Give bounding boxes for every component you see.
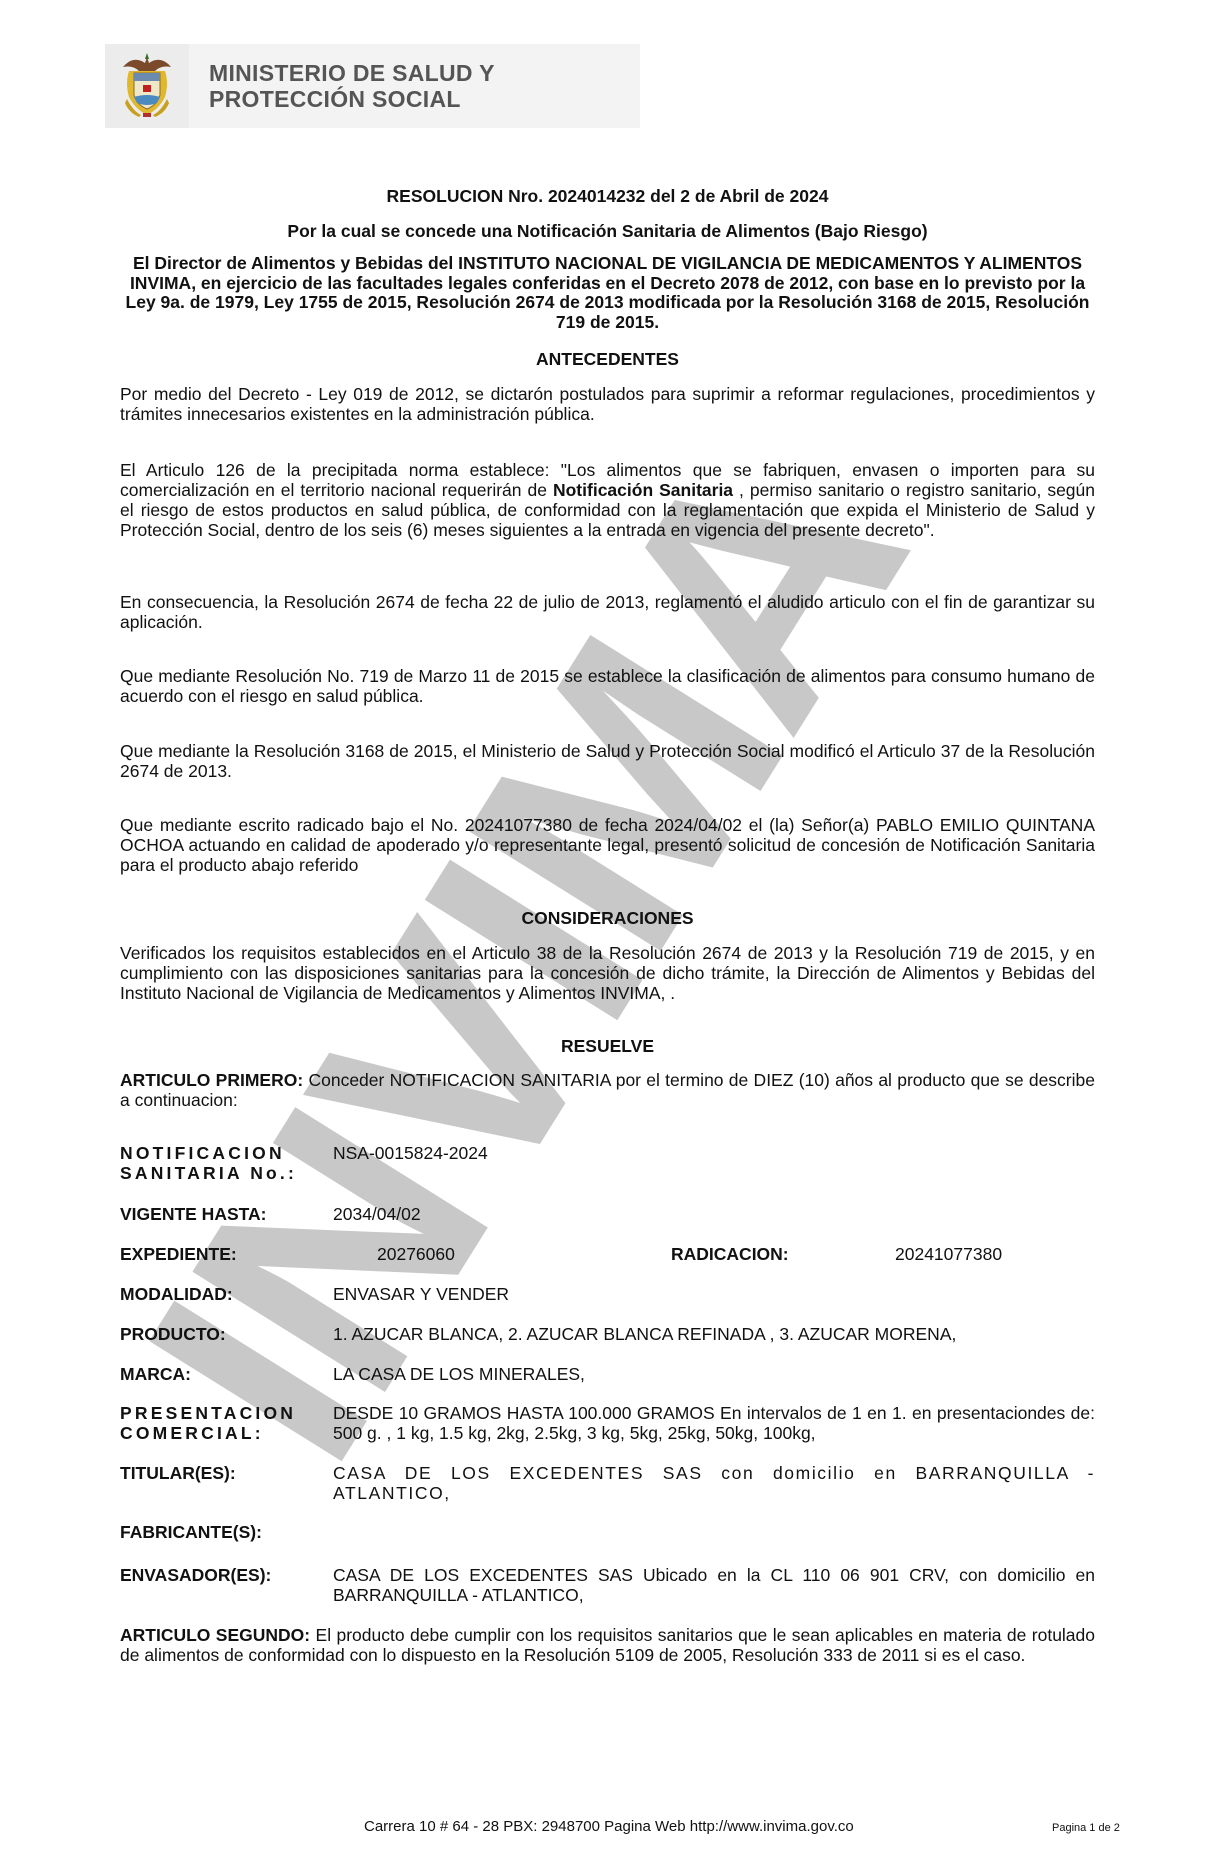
field-label: TITULAR(ES):: [120, 1463, 236, 1483]
field-label-radicacion: RADICACION:: [671, 1244, 789, 1264]
field-label: PRESENTACION COMERCIAL:: [120, 1403, 320, 1443]
field-label: PRODUCTO:: [120, 1324, 226, 1344]
ministry-name-line2: PROTECCIÓN SOCIAL: [209, 86, 495, 112]
field-value: 1. AZUCAR BLANCA, 2. AZUCAR BLANCA REFIN…: [333, 1324, 1095, 1344]
field-value: NSA-0015824-2024: [333, 1143, 1095, 1163]
field-label: FABRICANTE(S):: [120, 1522, 262, 1542]
articulo-primero: ARTICULO PRIMERO: Conceder NOTIFICACION …: [120, 1070, 1095, 1110]
resolution-subtitle: Por la cual se concede una Notificación …: [120, 221, 1095, 242]
antecedentes-paragraph-2: El Articulo 126 de la precipitada norma …: [120, 460, 1095, 540]
field-value: LA CASA DE LOS MINERALES,: [333, 1364, 1095, 1384]
p2-bold-term: Notificación Sanitaria: [553, 480, 733, 500]
field-label: NOTIFICACION SANITARIA No.:: [120, 1143, 320, 1183]
consideraciones-paragraph: Verificados los requisitos establecidos …: [120, 943, 1095, 1003]
field-value: CASA DE LOS EXCEDENTES SAS con domicilio…: [333, 1463, 1095, 1503]
antecedentes-paragraph-6: Que mediante escrito radicado bajo el No…: [120, 815, 1095, 875]
field-value: 2034/04/02: [333, 1204, 1095, 1224]
field-label: EXPEDIENTE:: [120, 1244, 237, 1264]
field-label: VIGENTE HASTA:: [120, 1204, 267, 1224]
articulo-segundo: ARTICULO SEGUNDO: El producto debe cumpl…: [120, 1625, 1095, 1665]
resolution-intro: El Director de Alimentos y Bebidas del I…: [120, 254, 1095, 332]
field-value: DESDE 10 GRAMOS HASTA 100.000 GRAMOS En …: [333, 1403, 1095, 1443]
articulo-segundo-label: ARTICULO SEGUNDO:: [120, 1625, 310, 1645]
page-number: Pagina 1 de 2: [1052, 1822, 1120, 1834]
resuelve-heading: RESUELVE: [120, 1036, 1095, 1057]
ministry-header: MINISTERIO DE SALUD Y PROTECCIÓN SOCIAL: [105, 44, 640, 128]
field-value: CASA DE LOS EXCEDENTES SAS Ubicado en la…: [333, 1565, 1095, 1605]
antecedentes-paragraph-4: Que mediante Resolución No. 719 de Marzo…: [120, 666, 1095, 706]
field-value-radicacion: 20241077380: [895, 1244, 1095, 1264]
field-label: MARCA:: [120, 1364, 191, 1384]
articulo-primero-label: ARTICULO PRIMERO:: [120, 1070, 303, 1090]
ministry-name-line1: MINISTERIO DE SALUD Y: [209, 60, 495, 86]
footer-address: Carrera 10 # 64 - 28 PBX: 2948700 Pagina…: [364, 1818, 854, 1835]
resolution-title: RESOLUCION Nro. 2024014232 del 2 de Abri…: [120, 186, 1095, 207]
field-label: MODALIDAD:: [120, 1284, 233, 1304]
antecedentes-paragraph-3: En consecuencia, la Resolución 2674 de f…: [120, 592, 1095, 632]
antecedentes-paragraph-5: Que mediante la Resolución 3168 de 2015,…: [120, 741, 1095, 781]
colombia-coat-of-arms-icon: [105, 44, 189, 128]
antecedentes-heading: ANTECEDENTES: [120, 349, 1095, 370]
field-value: ENVASAR Y VENDER: [333, 1284, 1095, 1304]
consideraciones-heading: CONSIDERACIONES: [120, 908, 1095, 929]
antecedentes-paragraph-1: Por medio del Decreto - Ley 019 de 2012,…: [120, 384, 1095, 424]
field-label: ENVASADOR(ES):: [120, 1565, 271, 1585]
